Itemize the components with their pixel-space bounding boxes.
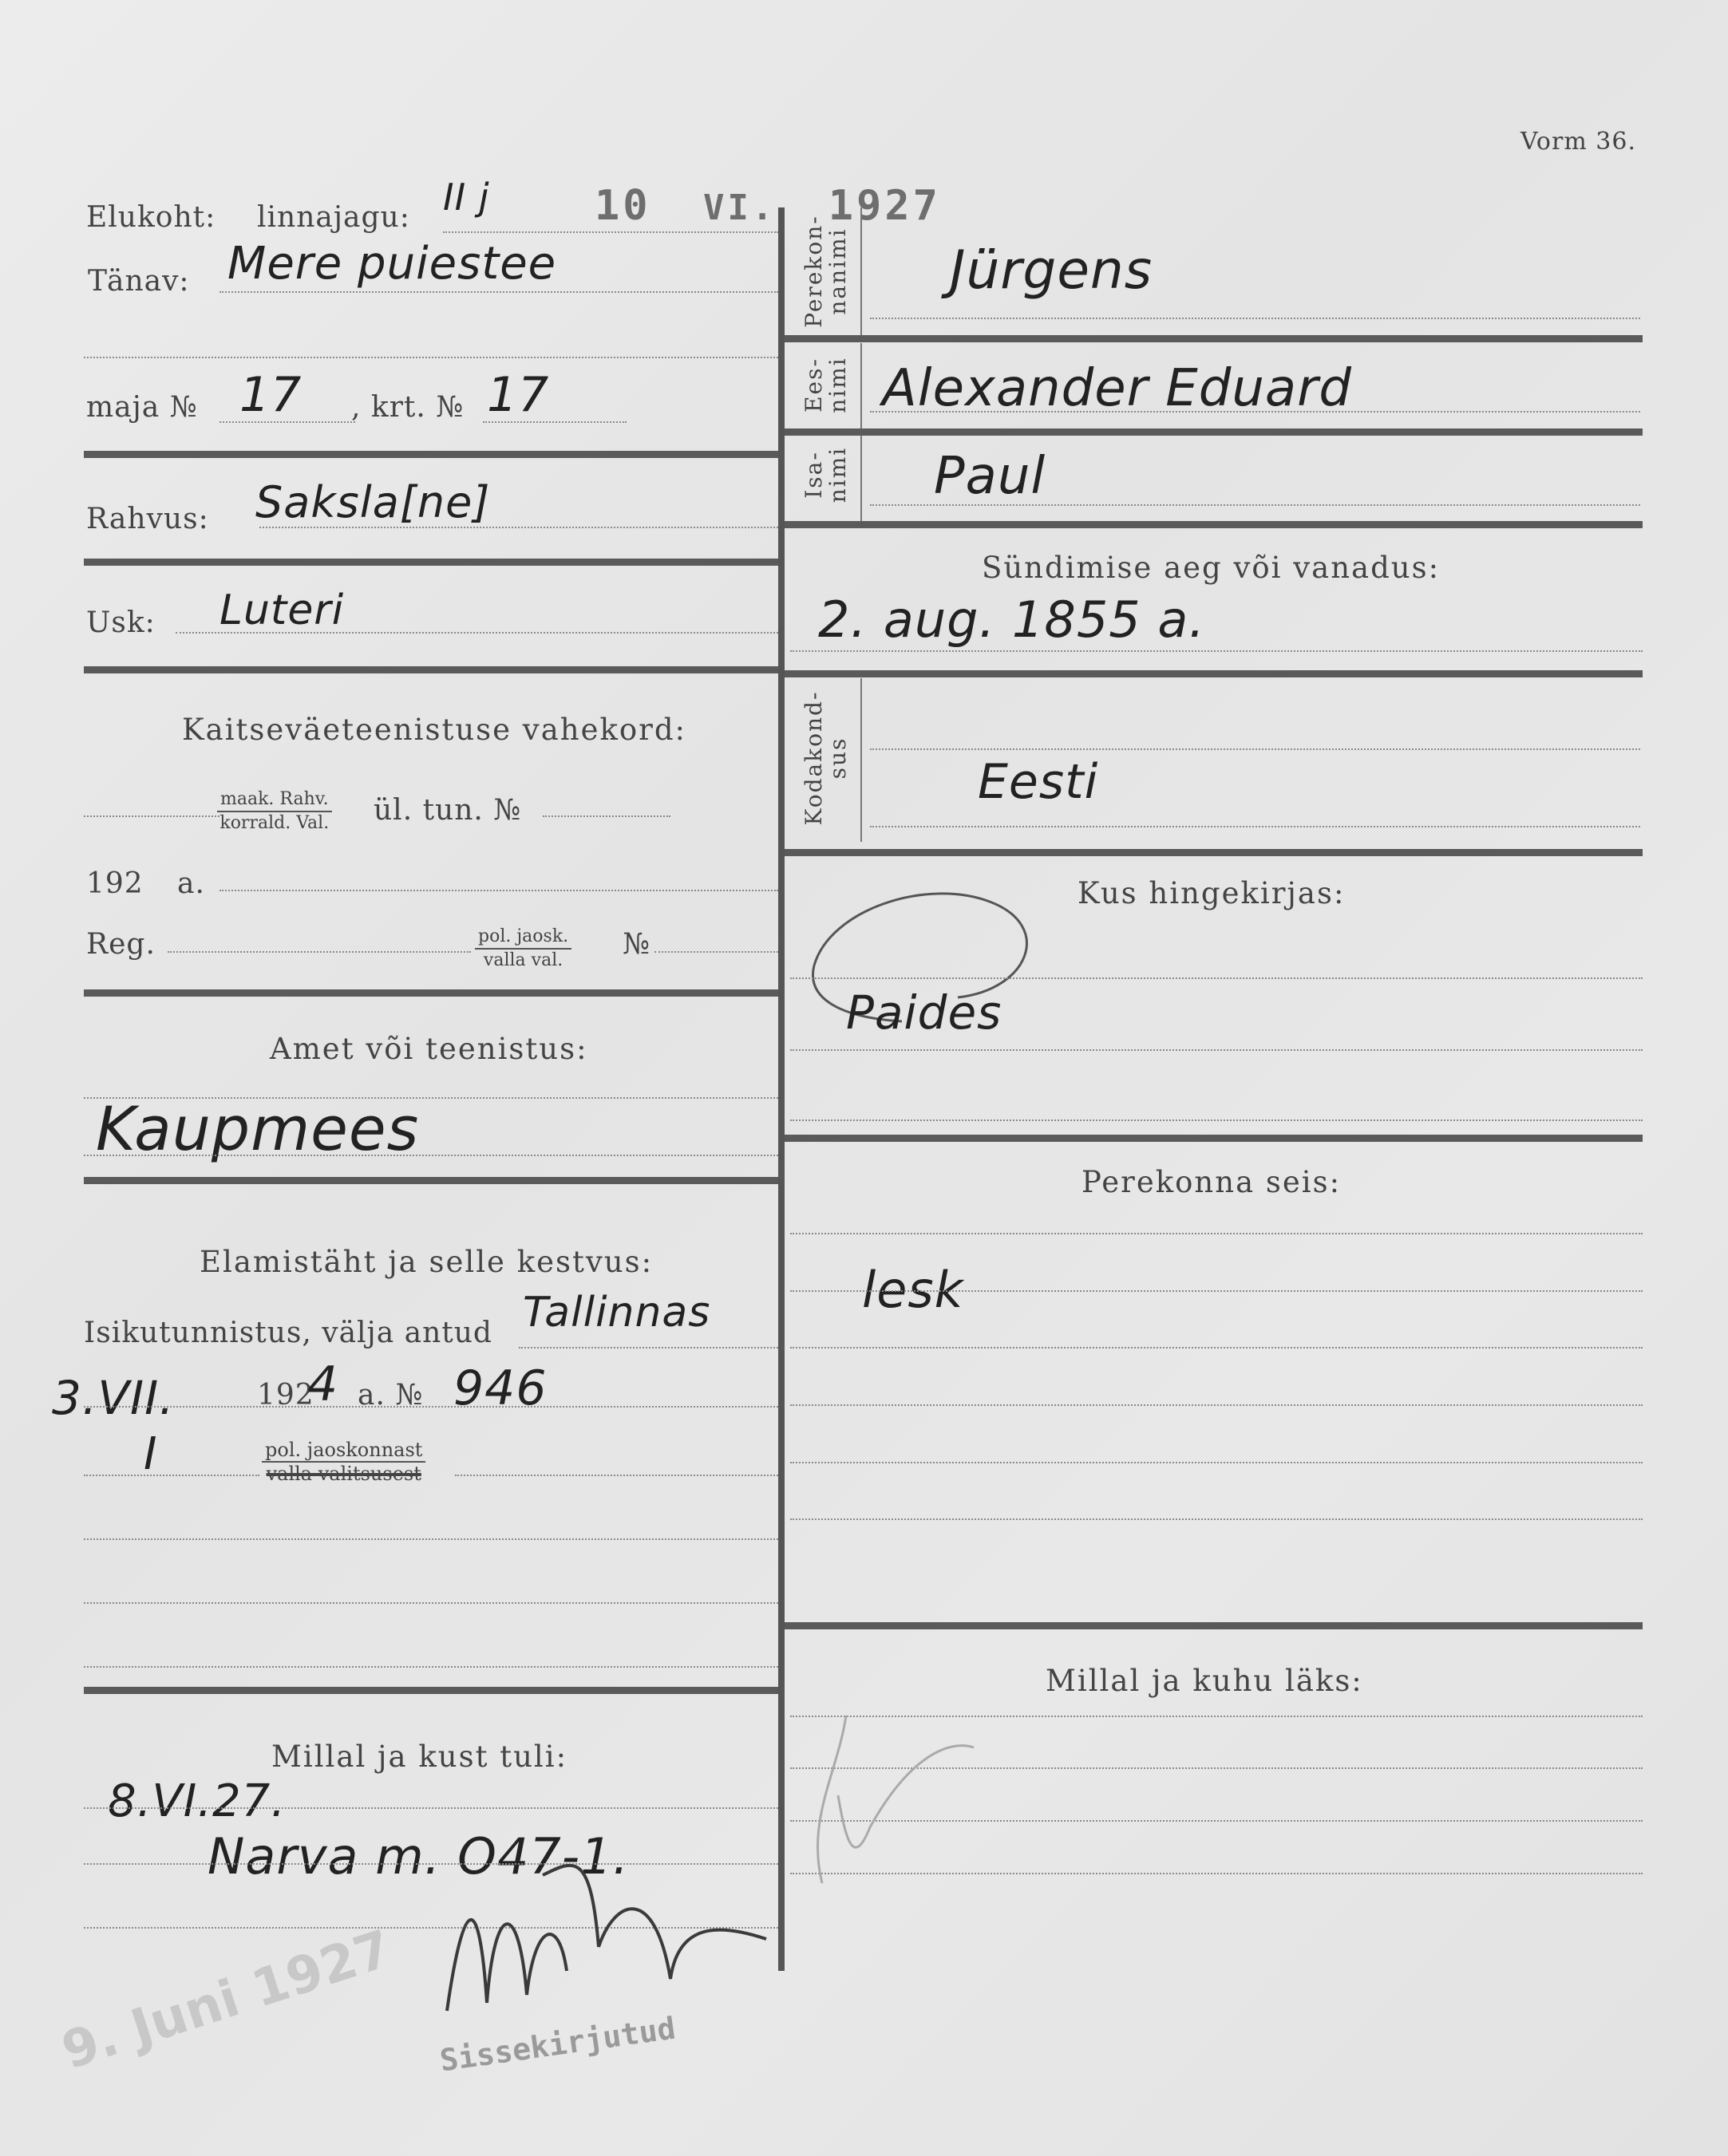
label-column-divider (860, 207, 862, 339)
family-line-3 (790, 1347, 1643, 1348)
label-surname: Perekon- nanimi (802, 207, 850, 335)
family-line-4 (790, 1404, 1643, 1406)
tanav-line-2 (84, 357, 778, 358)
krt-value[interactable]: 17 (487, 367, 549, 423)
divider (785, 428, 1643, 436)
label-permit-192: 192 (257, 1379, 314, 1412)
permit-line-6 (84, 1666, 778, 1668)
family-line-1 (790, 1233, 1643, 1234)
citizenship-line-1 (870, 748, 1640, 750)
reg-no-line (654, 951, 778, 953)
birth-header: Sündimise aeg või vanadus: (982, 551, 1440, 585)
frac-bottom-struck: valla valitsusest (262, 1463, 425, 1485)
frac-top: pol. jaosk. (475, 926, 571, 950)
family-status-header: Perekonna seis: (1081, 1165, 1341, 1199)
label-linnajagu: linnajagu: (257, 201, 410, 234)
frac-bottom: korrald. Val. (217, 812, 332, 835)
birth-value[interactable]: 2. aug. 1855 a. (818, 590, 1205, 649)
father-name-line (870, 504, 1640, 506)
label-ul-tun: ül. tun. № (374, 794, 521, 827)
frac-top: maak. Rahv. (217, 788, 332, 812)
occupation-value[interactable]: Kaupmees (96, 1093, 419, 1164)
form-number: Vorm 36. (1520, 128, 1636, 156)
arrival-header: Millal ja kust tuli: (271, 1739, 567, 1774)
divider (84, 1177, 778, 1184)
soul-register-value[interactable]: Paides (846, 985, 1002, 1040)
soul-register-line-1 (790, 977, 1643, 979)
maja-value[interactable]: 17 (239, 367, 302, 423)
rahvus-value[interactable]: Saksla[ne] (255, 477, 490, 527)
linnajagu-line (443, 231, 778, 233)
stamp-month: VI. (703, 188, 776, 228)
citizenship-line-2 (870, 826, 1640, 827)
departure-header: Millal ja kuhu läks: (1046, 1664, 1363, 1698)
divider (785, 849, 1643, 856)
reg-line (168, 951, 471, 953)
linnajagu-value[interactable]: II j (443, 176, 490, 219)
permit-place-value[interactable]: Tallinnas (523, 1289, 710, 1337)
date-stamp: 10 VI. 1927 (595, 182, 941, 230)
label-elukoht: Elukoht: (86, 201, 216, 234)
divider (785, 670, 1643, 677)
label-father-name: Isa- nimi (802, 435, 850, 515)
label-column-divider (860, 436, 862, 522)
military-line-1b (543, 815, 670, 817)
permit-fraction: pol. jaoskonnast valla valitsusest (262, 1439, 425, 1485)
soul-register-line-2 (790, 1049, 1643, 1051)
divider (785, 1622, 1643, 1629)
center-divider (778, 207, 785, 1971)
divider (84, 666, 778, 673)
family-line-2 (790, 1290, 1643, 1292)
family-line-6 (790, 1518, 1643, 1520)
frac-bottom: valla val. (475, 950, 571, 972)
permit-number-value[interactable]: 946 (453, 1360, 548, 1416)
tanav-value[interactable]: Mere puiestee (227, 238, 556, 290)
citizenship-value[interactable]: Eesti (978, 754, 1098, 810)
faint-pencil-signature (790, 1708, 1046, 1899)
label-isikutunnistus: Isikutunnistus, välja antud (84, 1317, 492, 1349)
military-line-2 (219, 890, 778, 891)
arrival-line-1 (84, 1807, 778, 1809)
permit-mark: I (144, 1428, 158, 1480)
permit-line-3a (84, 1475, 259, 1476)
tanav-line (219, 291, 778, 293)
soul-register-header: Kus hingekirjas: (1078, 876, 1345, 910)
military-line-1a (84, 815, 219, 817)
arrival-date-value[interactable]: 8.VI.27. (108, 1775, 286, 1827)
divider (785, 335, 1643, 342)
military-fraction-1: maak. Rahv. korrald. Val. (217, 788, 332, 835)
label-first-name: Ees- nimi (802, 343, 850, 427)
permit-year-value[interactable]: 4 (307, 1356, 338, 1412)
label-column-divider (860, 678, 862, 842)
father-name-value[interactable]: Paul (934, 447, 1046, 506)
label-year-a: a. (177, 867, 205, 900)
permit-number-line (84, 1406, 778, 1408)
label-tanav: Tänav: (88, 265, 190, 298)
permit-line-3b (455, 1475, 778, 1476)
permit-line-5 (84, 1602, 778, 1604)
label-maja: maja № (86, 391, 198, 424)
divider (84, 559, 778, 566)
divider (84, 1687, 778, 1694)
military-header: Kaitseväeteenistuse vahekord: (182, 713, 686, 747)
label-column-divider (860, 343, 862, 431)
first-name-value[interactable]: Alexander Eduard (882, 359, 1352, 418)
occupation-header: Amet või teenistus: (270, 1032, 588, 1066)
surname-value[interactable]: Jürgens (950, 239, 1153, 301)
military-fraction-2: pol. jaosk. valla val. (475, 926, 571, 972)
permit-line-4 (84, 1538, 778, 1540)
soul-register-line-3 (790, 1119, 1643, 1121)
permit-header: Elamistäht ja selle kestvus: (200, 1245, 653, 1279)
surname-line (870, 318, 1640, 319)
divider (84, 451, 778, 458)
frac-top: pol. jaoskonnast (262, 1439, 425, 1463)
stamp-day: 10 (595, 182, 651, 230)
label-permit-a-no: a. № (358, 1379, 423, 1412)
occupation-line-2 (84, 1155, 778, 1156)
label-reg-no: № (623, 928, 650, 961)
divider (84, 989, 778, 997)
family-line-5 (790, 1462, 1643, 1463)
label-reg: Reg. (86, 928, 156, 961)
birth-line (790, 650, 1643, 652)
divider (785, 1135, 1643, 1142)
label-year-192: 192 (86, 867, 144, 900)
permit-place-line (519, 1347, 778, 1348)
permit-date-value[interactable]: 3.VII. (52, 1371, 175, 1425)
usk-value[interactable]: Luteri (219, 586, 344, 634)
label-usk: Usk: (86, 606, 156, 639)
label-rahvus: Rahvus: (86, 503, 209, 535)
divider (785, 521, 1643, 528)
label-krt: , krt. № (351, 391, 464, 424)
label-citizenship: Kodakond- sus (802, 686, 850, 830)
first-name-line (870, 411, 1640, 413)
